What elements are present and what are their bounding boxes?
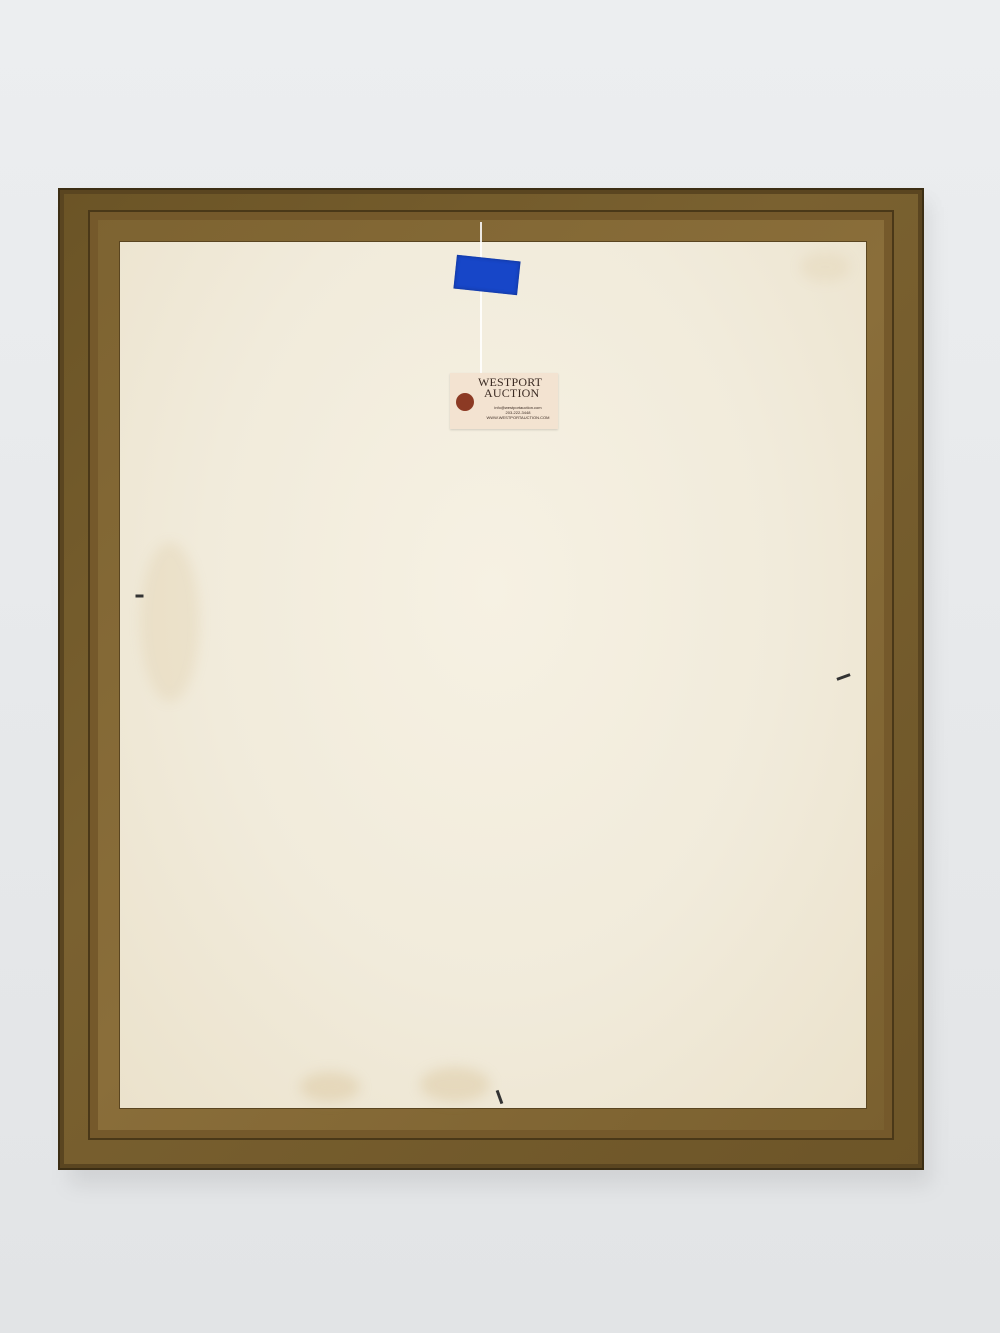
brand-line2: AUCTION [478, 388, 556, 399]
water-stain [140, 542, 200, 702]
auction-logo-icon [456, 393, 474, 411]
water-stain [300, 1072, 360, 1102]
backing-board-wrap [120, 242, 866, 1108]
backing-board [120, 242, 866, 1108]
water-stain [420, 1067, 490, 1102]
hanging-string [480, 222, 482, 382]
blue-painters-tape [453, 255, 520, 296]
auction-brand: WESTPORT AUCTION [478, 377, 556, 399]
auction-website: WWW.WESTPORTAUCTION.COM [478, 415, 558, 420]
auction-tag: WESTPORT AUCTION info@westportauction.co… [450, 373, 558, 429]
water-stain [800, 252, 850, 282]
auction-contact: info@westportauction.com 203-222-3448 WW… [478, 405, 558, 420]
nail [136, 595, 144, 598]
